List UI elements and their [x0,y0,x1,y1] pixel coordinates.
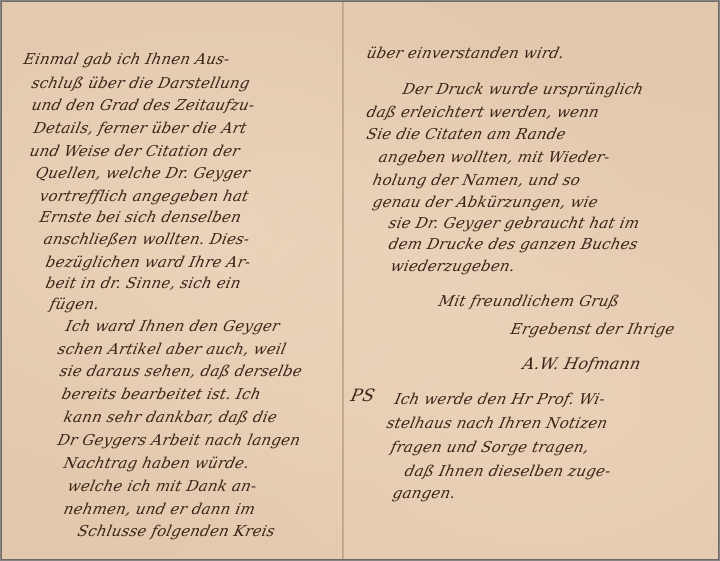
scanned-letter: Einmal gab ich Ihnen Aus- schluß über di… [1,1,719,560]
postscript-line: Ich werde den Hr Prof. Wi- [393,390,607,408]
signature: A.W. Hofmann [521,354,643,373]
text-line: Nachtrag haben würde. [62,454,251,472]
text-line: dem Drucke des ganzen Buches [387,235,640,253]
text-line: welche ich mit Dank an- [66,477,258,495]
left-page: Einmal gab ich Ihnen Aus- schluß über di… [2,2,342,559]
text-line: und den Grad des Zeitaufzu- [30,96,256,114]
text-line: daß erleichtert werden, wenn [365,103,601,121]
text-line: und Weise der Citation der [28,142,242,160]
text-line: über einverstanden wird. [365,44,566,62]
postscript-mark: PS [349,386,377,406]
text-line: Dr Geygers Arbeit nach langen [56,431,302,449]
text-line: bezüglichen ward Ihre Ar- [44,253,252,271]
text-line: beit in dr. Sinne, sich ein [44,274,243,292]
text-line: kann sehr dankbar, daß die [62,408,279,426]
postscript-line: gangen. [391,484,457,502]
text-line: holung der Namen, und so [371,171,582,189]
text-line: Ernste bei sich denselben [38,208,243,226]
text-line: schluß über die Darstellung [30,74,252,92]
text-line: schen Artikel aber auch, weil [56,340,288,358]
text-line: wiederzugeben. [389,257,517,275]
text-line: Details, ferner über die Art [32,119,248,137]
text-line: Ich ward Ihnen den Geyger [64,317,281,335]
text-line: Quellen, welche Dr. Geyger [34,164,252,182]
text-line: angeben wollten, mit Wieder- [377,148,611,166]
postscript-line: stelhaus nach Ihren Notizen [385,414,609,432]
postscript-line: daß Ihnen dieselben zuge- [403,462,612,480]
text-line: sie Dr. Geyger gebraucht hat im [387,214,641,232]
text-line: Einmal gab ich Ihnen Aus- [22,50,231,68]
text-line: Sie die Citaten am Rande [365,125,568,143]
text-line: nehmen, und er dann im [62,500,257,518]
text-line: bereits bearbeitet ist. Ich [60,385,263,403]
right-page: über einverstanden wird. Der Druck wurde… [343,2,718,559]
text-line: Schlusse folgenden Kreis [76,522,277,540]
text-line: genau der Abkürzungen, wie [371,193,600,211]
text-line: Der Druck wurde ursprünglich [401,80,645,98]
text-line: sie daraus sehen, daß derselbe [58,362,304,380]
text-line: anschließen wollten. Dies- [42,230,251,248]
closing-line-2: Ergebenst der Ihrige [509,320,677,338]
text-line: vortrefflich angegeben hat [38,187,250,205]
text-line: fügen. [48,295,101,313]
postscript-line: fragen und Sorge tragen, [389,438,591,456]
closing-line: Mit freundlichem Gruß [437,292,621,310]
